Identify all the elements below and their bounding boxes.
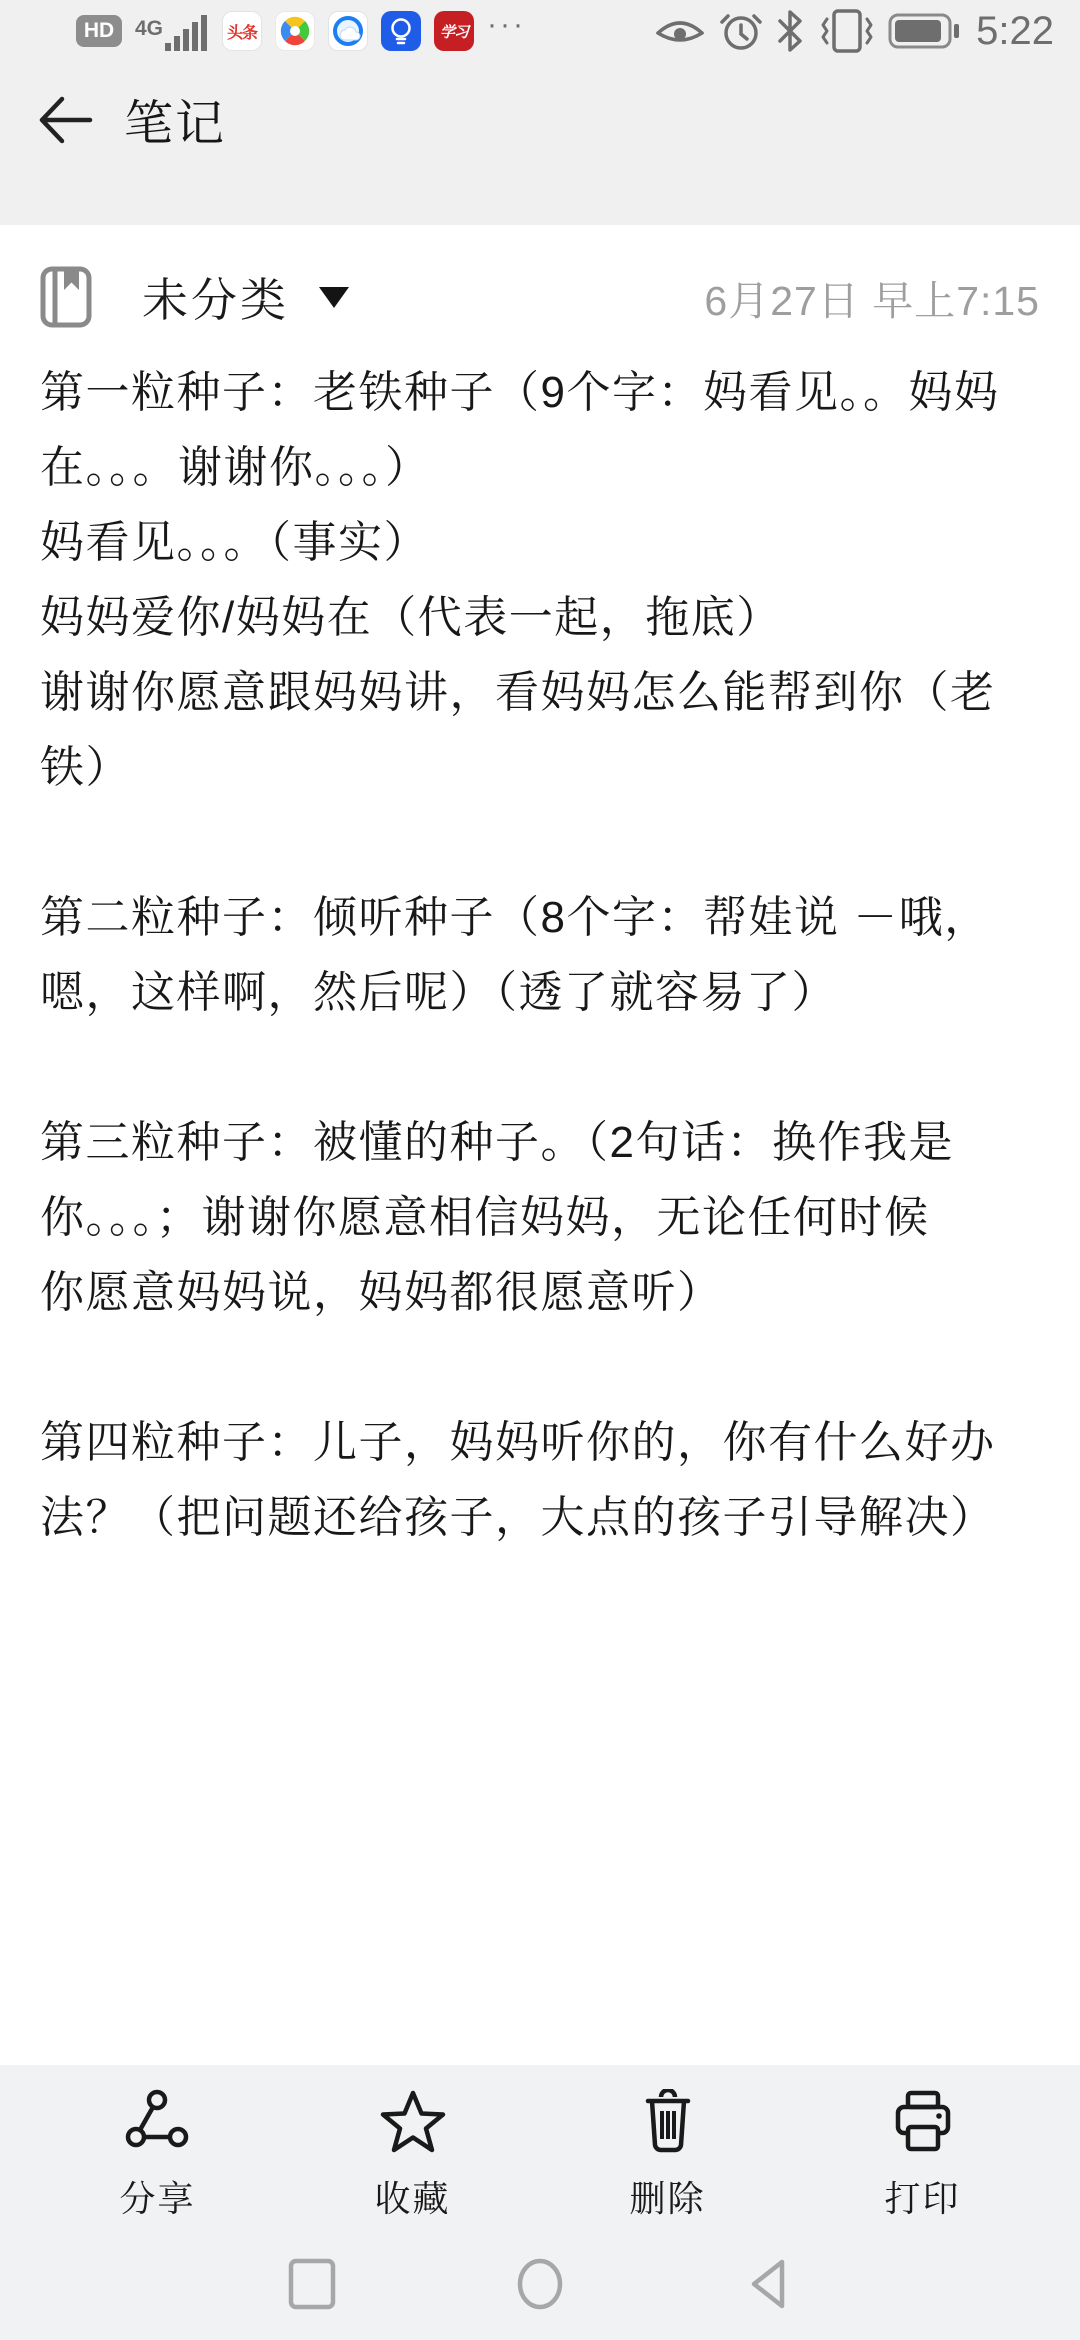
pinwheel-app-icon	[275, 11, 315, 51]
favorite-label: 收藏	[374, 2171, 450, 2222]
xuexi-app-icon: 学习	[434, 11, 474, 51]
share-icon	[125, 2089, 191, 2155]
status-bar-right: 5:22	[654, 6, 1054, 56]
favorite-button[interactable]: 收藏	[285, 2065, 540, 2230]
note-paragraph: 第四粒种子：儿子，妈妈听你的，你有什么好办 法？（把问题还给孩子，大点的孩子引导…	[40, 1405, 1040, 1555]
signal-bars-icon	[165, 11, 209, 51]
note-meta-row: 未分类 6月27日 早上7:15	[40, 265, 1040, 329]
home-circle-icon	[515, 2257, 565, 2311]
delete-label: 删除	[629, 2171, 705, 2222]
clock-time: 5:22	[976, 9, 1054, 54]
navigation-bar	[0, 2230, 1080, 2340]
note-paragraph: 第三粒种子：被懂的种子。（2句话：换作我是 你。。。；谢谢你愿意相信妈妈，无论任…	[40, 1105, 1040, 1330]
star-icon	[378, 2089, 448, 2155]
note-paragraph: 第二粒种子：倾听种子（8个字：帮娃说 －哦， 嗯，这样啊，然后呢）（透了就容易了…	[40, 880, 1040, 1030]
battery-icon	[888, 9, 960, 53]
more-notifications-icon: ···	[487, 8, 526, 42]
nav-back-button[interactable]	[738, 2254, 798, 2314]
note-body[interactable]: 第一粒种子：老铁种子（9个字：妈看见。。妈妈 在。。。谢谢你。。。） 妈看见。。…	[40, 355, 1040, 1555]
bottom-zone: 分享 收藏 删除	[0, 2065, 1080, 2340]
top-zone: HD 4G 头条	[0, 0, 1080, 225]
recents-square-icon	[288, 2258, 336, 2310]
note-paragraph: 第一粒种子：老铁种子（9个字：妈看见。。妈妈 在。。。谢谢你。。。） 妈看见。。…	[40, 355, 1040, 805]
app-header: 笔记	[0, 70, 1080, 170]
print-label: 打印	[884, 2171, 960, 2222]
trash-icon	[635, 2089, 701, 2155]
note-datetime: 6月27日 早上7:15	[704, 268, 1040, 327]
network-type-label: 4G	[135, 17, 163, 41]
notebook-icon	[40, 266, 92, 328]
lightbulb-app-icon	[381, 11, 421, 51]
hd-badge: HD	[76, 15, 122, 47]
eye-comfort-icon	[654, 11, 706, 51]
print-button[interactable]: 打印	[795, 2065, 1050, 2230]
note-card: 未分类 6月27日 早上7:15 第一粒种子：老铁种子（9个字：妈看见。。妈妈 …	[0, 225, 1080, 2065]
printer-icon	[890, 2089, 956, 2155]
nav-home-button[interactable]	[510, 2254, 570, 2314]
status-bar: HD 4G 头条	[0, 0, 1080, 56]
vibrate-icon	[818, 6, 876, 56]
back-triangle-icon	[748, 2257, 788, 2311]
chevron-down-icon	[319, 287, 349, 308]
alarm-icon	[718, 8, 764, 54]
nav-recents-button[interactable]	[282, 2254, 342, 2314]
page-title: 笔记	[124, 85, 226, 155]
qq-browser-app-icon	[328, 11, 368, 51]
delete-button[interactable]: 删除	[540, 2065, 795, 2230]
share-button[interactable]: 分享	[30, 2065, 285, 2230]
category-label: 未分类	[142, 264, 289, 330]
phone-screen: HD 4G 头条	[0, 0, 1080, 2340]
bottom-toolbar: 分享 收藏 删除	[0, 2065, 1080, 2230]
toutiao-app-icon: 头条	[222, 11, 262, 51]
signal-indicator: 4G	[135, 11, 209, 51]
bluetooth-icon	[776, 8, 806, 54]
category-selector[interactable]: 未分类	[40, 264, 349, 330]
share-label: 分享	[119, 2171, 195, 2222]
back-button[interactable]	[36, 95, 94, 145]
